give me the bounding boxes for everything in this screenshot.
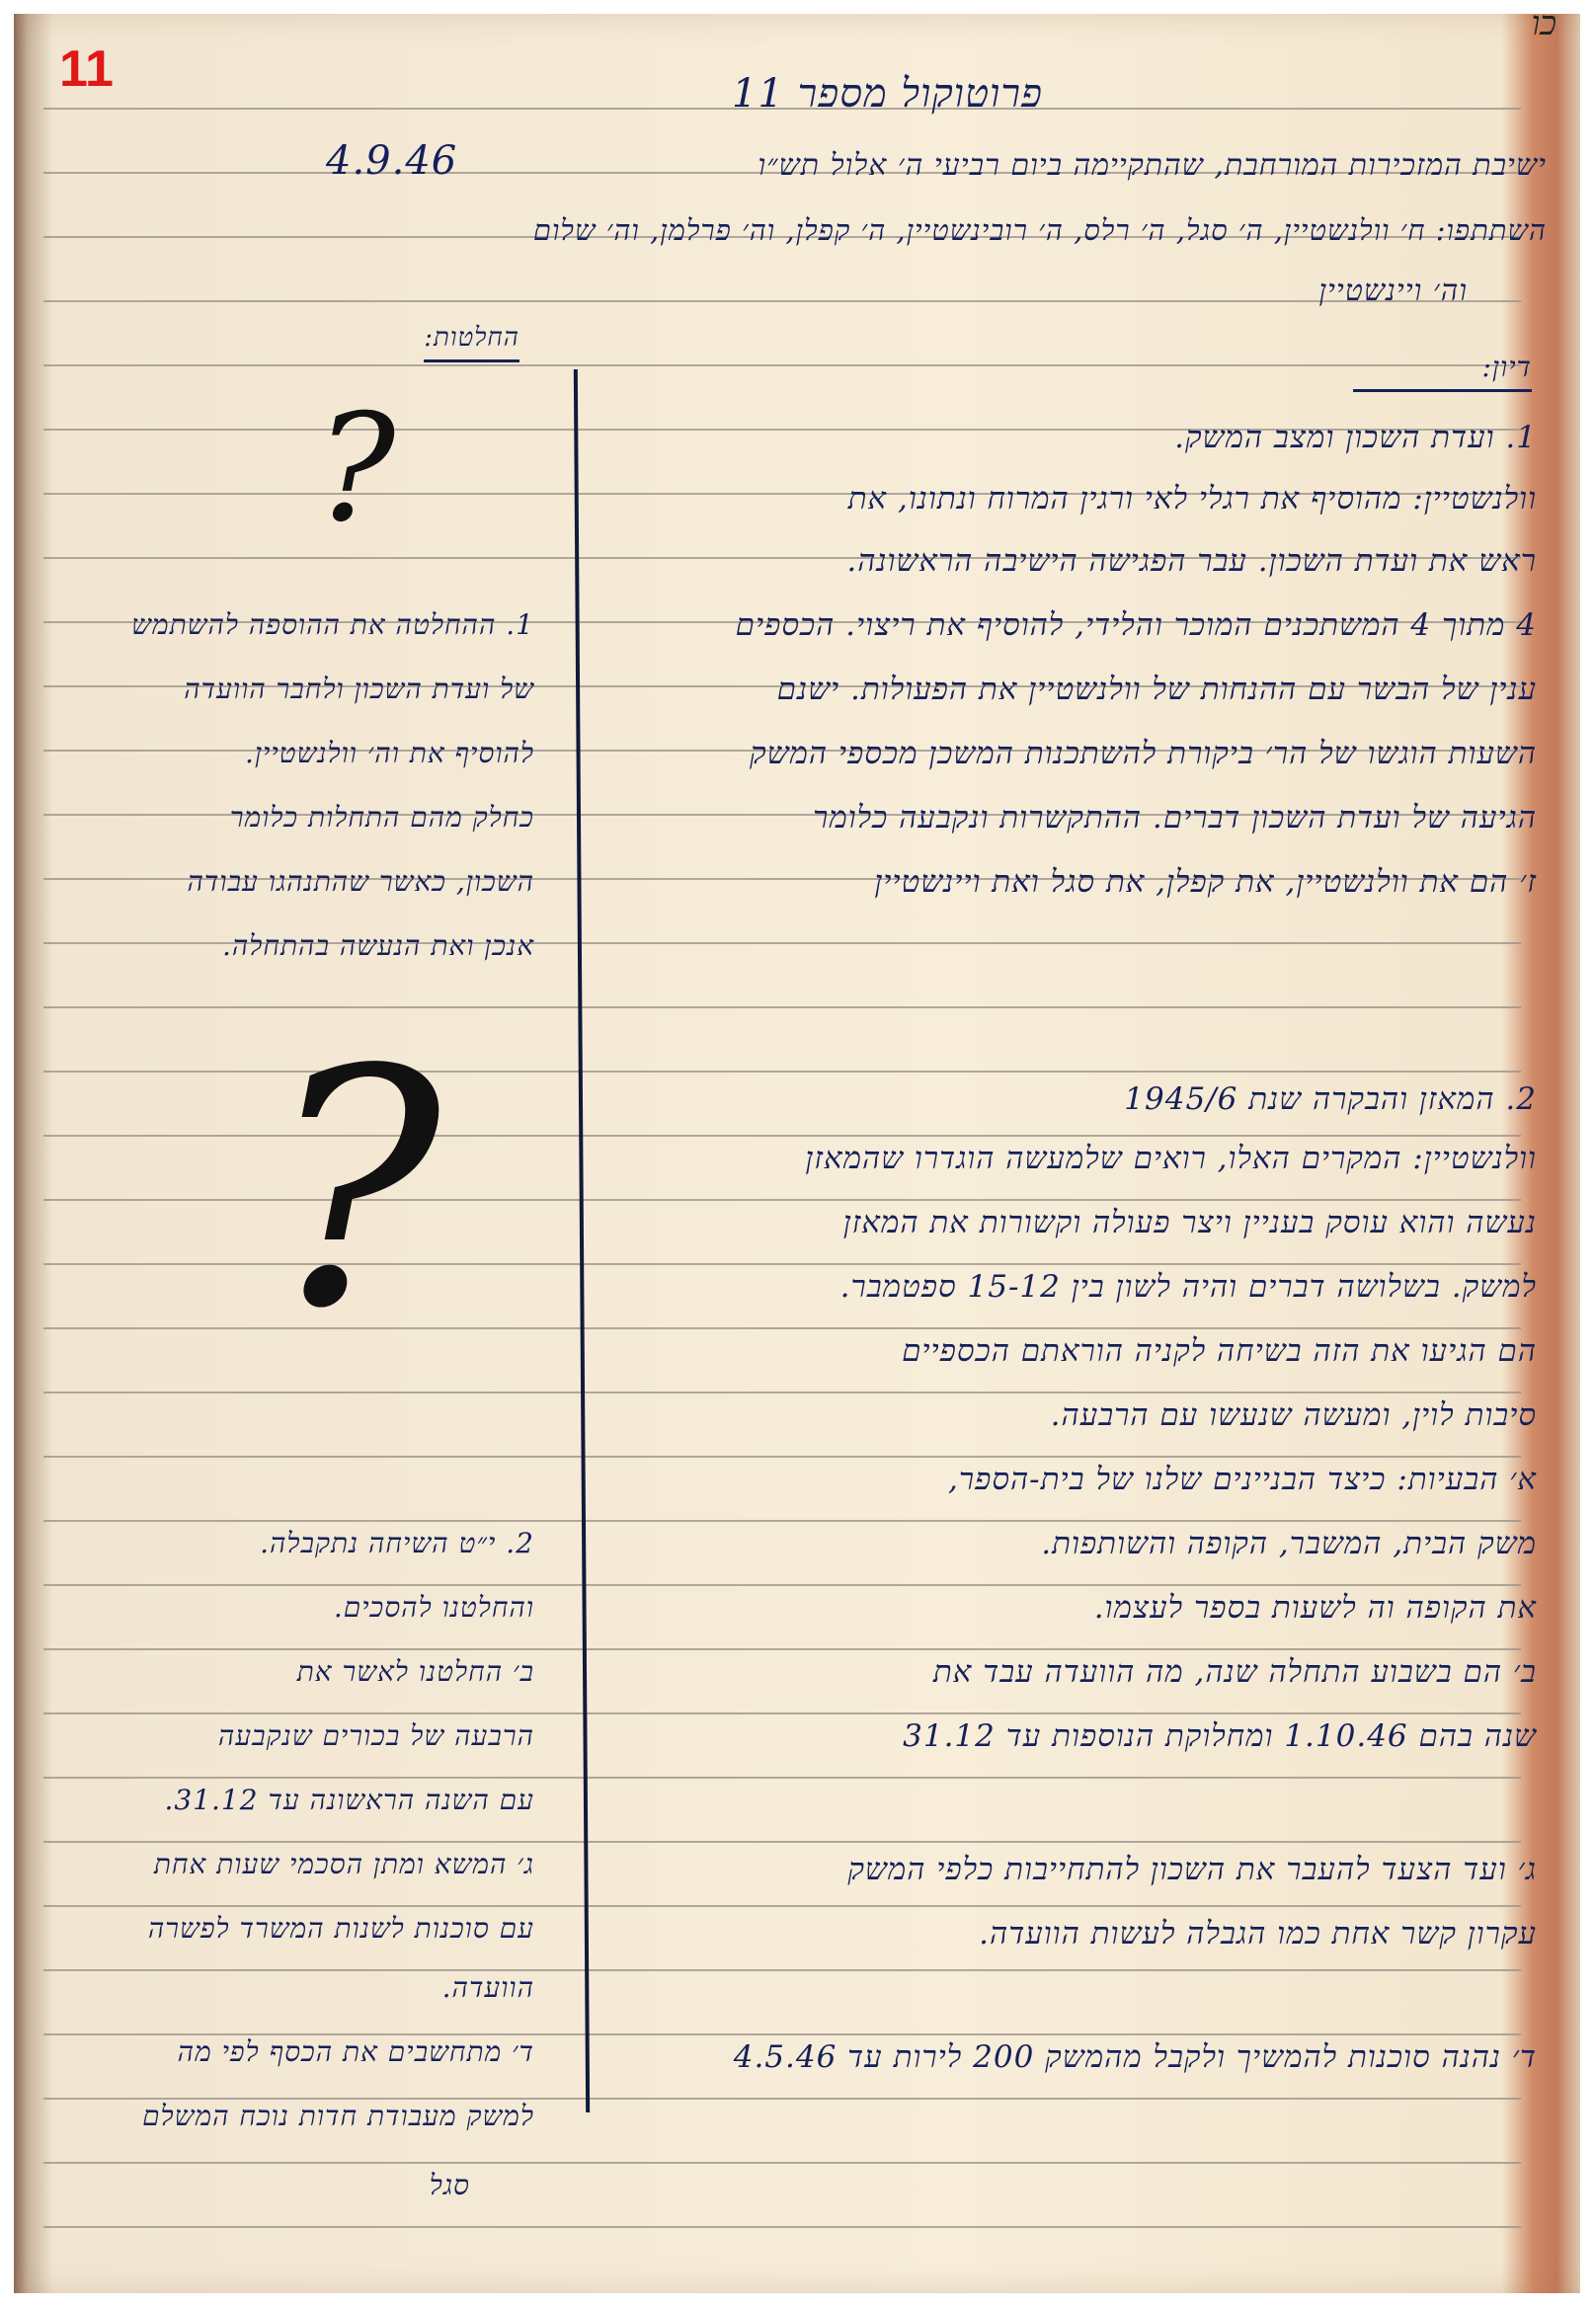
decision1-line: השכון, כאשר שהתנהגו עבודה <box>188 849 534 915</box>
page-number: 11 <box>59 40 114 99</box>
item2-line: ב׳ הם בשבוע התחלה שנה, מה הוועדה עבד את <box>933 1639 1537 1705</box>
item2-line: משק הבית, המשבר, הקופה והשותפות. <box>1041 1511 1537 1576</box>
item2-heading: 2. המאזן והבקרה שנת 1945/6 <box>1124 1067 1537 1132</box>
item2-line: הם הגיעו את הזה בשיחה לקניה הוראתם הכספי… <box>902 1318 1537 1384</box>
item1-line: ז׳ הם את וולנשטיין, את קפלן, את סגל ואת … <box>874 849 1537 915</box>
decision1-line: כחלק מהם התחלות כלומר <box>230 785 534 850</box>
decision1-line: אנכן ואת הנעשה בהתחלה. <box>222 914 534 979</box>
decision2-line: 2. י״ט השיחה נתקבלה. <box>260 1511 534 1576</box>
decision2-line: ג׳ המשא ומתן הסכמי שעות אחת <box>154 1832 534 1897</box>
decision2-line: והחלטנו להסכים. <box>334 1575 534 1640</box>
bracket-mark: ? <box>316 395 395 543</box>
item1-line: ענין של הבשר עם ההנחות של וולנשטיין את ה… <box>777 657 1537 722</box>
item2-line: סיבות לוין, ומעשה שנעשו עם הרבעה. <box>1051 1383 1537 1448</box>
item1-heading: 1. ועדת השכון ומצב המשק. <box>1174 405 1537 470</box>
decision2-line: הרבעה של בכורים שנקבעה <box>218 1704 534 1769</box>
item2-line: נעשה והוא עוסק בעניין ויצר פעולה וקשורות… <box>843 1190 1537 1255</box>
decision1-line: 1. ההחלטה את ההוספה להשתמש <box>131 593 534 658</box>
discussion-label: דיון: <box>1353 346 1532 392</box>
ruled-line <box>43 2226 1521 2228</box>
ruled-line <box>43 300 1521 302</box>
header-line-3: וה׳ ויינשטיין <box>1318 259 1468 324</box>
decision2-line: ב׳ החלטנו לאשר את <box>297 1639 534 1705</box>
item2-line: למשק. בשלושה דברים והיה לשון בין 15-12 ס… <box>840 1254 1537 1319</box>
page-title: פרוטוקול מספר 11 <box>732 61 1043 126</box>
item1-line: וולנשטיין: מהוסיף את רגלי לאי ורגין המרו… <box>848 466 1537 531</box>
decisions-label: החלטות: <box>424 316 519 362</box>
item2d-line: ד׳ נהנה סוכנות להמשיך ולקבל מהמשק 200 לי… <box>734 2025 1537 2090</box>
item2-line: שנה בהם 1.10.46 ומחלוקת הנוספות עד 31.12 <box>903 1704 1537 1769</box>
decision2-line: עם השנה הראשונה עד 31.12. <box>165 1768 535 1833</box>
header-line-1: ישיבת המזכירות המורחבת, שהתקיימה ביום רב… <box>758 133 1547 199</box>
ruled-line <box>43 1969 1521 1971</box>
item1-line: הגיעה של ועדת השכון דברים. ההתקשרות ונקב… <box>813 785 1537 850</box>
corner-mark: כו <box>1532 4 1556 43</box>
item2-line: וולנשטיין: המקרים האלו, רואים שלמעשה הוג… <box>805 1126 1537 1191</box>
decision2-line: למשק מעבודת חדות נוכח המשלם <box>142 2084 534 2149</box>
decision1-line: של ועדת השכון ולחבר הוועדה <box>184 657 534 722</box>
decision1-line: להוסיף את וה׳ וולנשטיין. <box>245 721 534 786</box>
item2c-line: ג׳ ועד הצעד להעבר את השכון להתחייבות כלפ… <box>847 1837 1537 1902</box>
item1-line: השעות הוגשו של הר׳ ביקורת להשתכנות המשכן… <box>750 721 1537 786</box>
signature: סגל <box>430 2153 470 2218</box>
bracket-mark: ? <box>267 1027 441 1353</box>
item2c-line: עקרון קשר אחת כמו הגבלה לעשות הוועדה. <box>979 1901 1537 1966</box>
ruled-line <box>43 1006 1521 1008</box>
decision2-line: הוועדה. <box>442 1955 534 2021</box>
decision2-line: עם סוכנות לשנות המשרד לפשרה <box>148 1896 534 1961</box>
item1-line: ראש את ועדת השכון. עבר הפגישה הישיבה הרא… <box>846 528 1537 594</box>
header-line-2: השתתפו: ח׳ וולנשטיין, ה׳ סגל, ה׳ רלס, ה׳… <box>533 198 1547 263</box>
column-divider <box>574 369 590 2112</box>
decision2-line: ד׳ מתחשבים את הכסף לפי מה <box>178 2020 534 2085</box>
header-date: 4.9.46 <box>326 128 457 194</box>
ruled-line <box>43 2162 1521 2164</box>
item2-line: את הקופה וה לשעות בספר לעצמו. <box>1094 1575 1537 1640</box>
ruled-line <box>43 364 1521 366</box>
item2-line: א׳ הבעיות: כיצד הבניינים שלנו של בית-הספ… <box>948 1447 1537 1512</box>
item1-line: 4 מתוך 4 המשתכנים המוכר והלידי, להוסיף א… <box>736 593 1537 658</box>
